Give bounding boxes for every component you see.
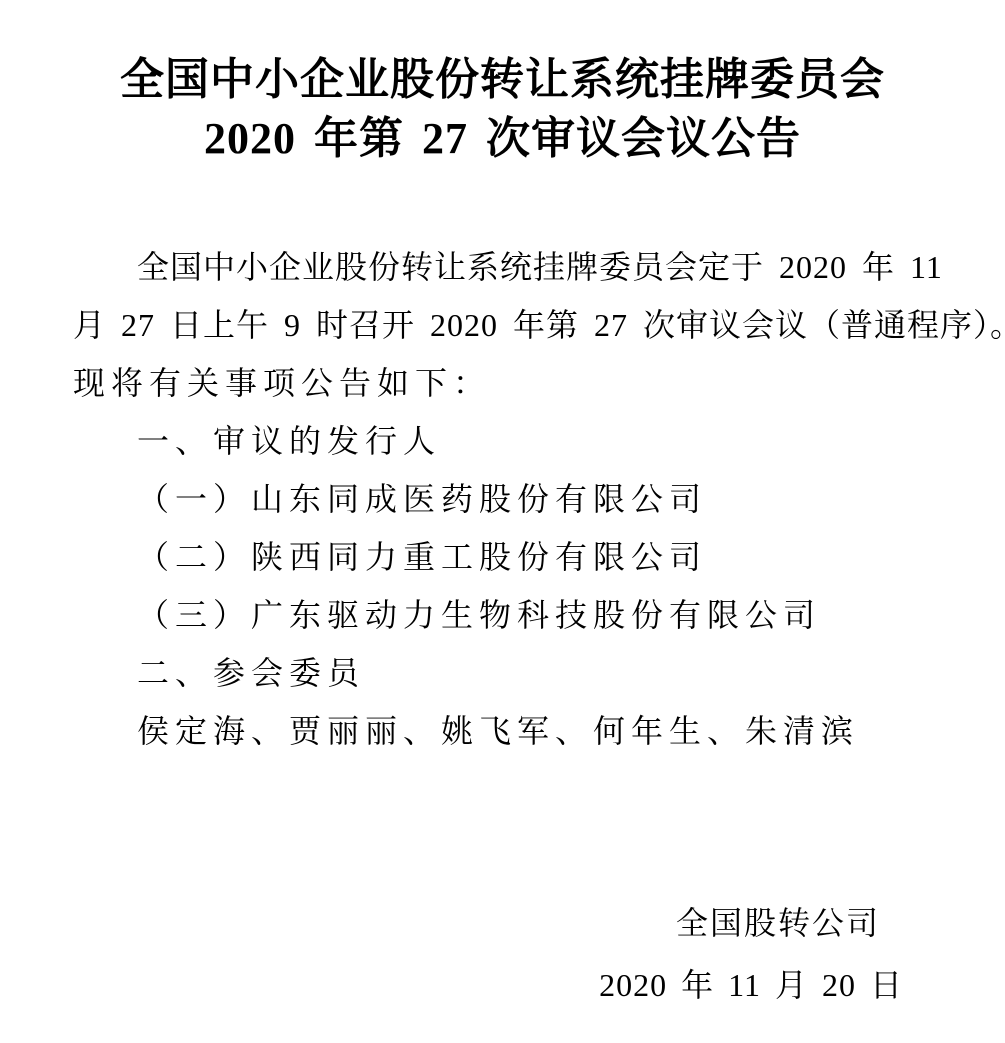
committee-members: 侯定海、贾丽丽、姚飞军、何年生、朱清滨 [73,702,925,760]
issuer-item-1: （一）山东同成医药股份有限公司 [73,470,925,528]
document-page: 全国中小企业股份转让系统挂牌委员会 2020 年第 27 次审议会议公告 全国中… [0,0,1005,1043]
section1-heading: 一、审议的发行人 [73,412,925,470]
issuer-item-2: （二）陕西同力重工股份有限公司 [73,528,925,586]
paragraph-line-2: 月 27 日上午 9 时召开 2020 年第 27 次审议会议（普通程序）。 [73,296,925,354]
signature-block: 全国股转公司 2020 年 11 月 20 日 [0,894,1005,1014]
paragraph-line-3: 现将有关事项公告如下： [73,354,925,412]
document-title: 全国中小企业股份转让系统挂牌委员会 2020 年第 27 次审议会议公告 [0,0,1005,168]
section2-heading: 二、参会委员 [73,644,925,702]
signature-date: 2020 年 11 月 20 日 [0,956,1005,1014]
title-line-1: 全国中小企业股份转让系统挂牌委员会 [0,50,1005,109]
title-line-2: 2020 年第 27 次审议会议公告 [0,109,1005,168]
paragraph-line-1: 全国中小企业股份转让系统挂牌委员会定于 2020 年 11 [73,238,925,296]
issuer-item-3: （三）广东驱动力生物科技股份有限公司 [73,586,925,644]
document-body: 全国中小企业股份转让系统挂牌委员会定于 2020 年 11 月 27 日上午 9… [73,238,925,760]
signature-organization: 全国股转公司 [0,894,1005,952]
